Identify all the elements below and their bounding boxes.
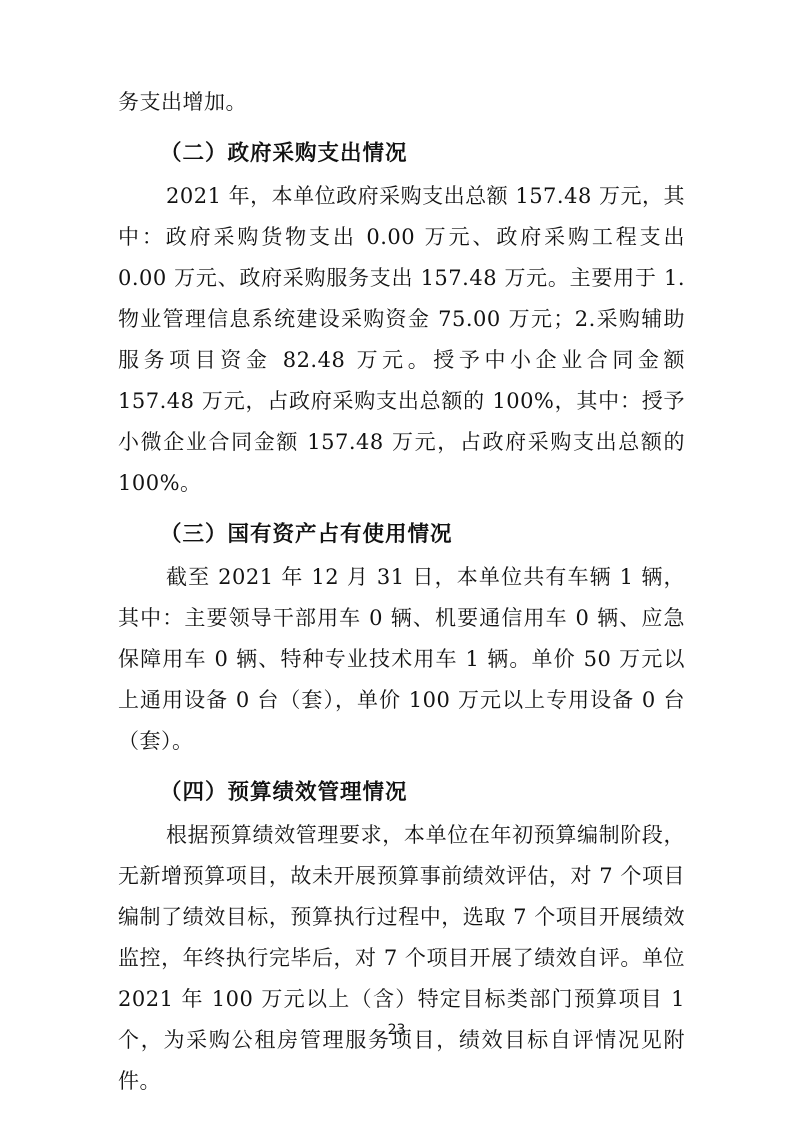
section-body-state-assets: 截至 2021 年 12 月 31 日，本单位共有车辆 1 辆，其中：主要领导干… xyxy=(118,557,685,762)
page-number: 23 xyxy=(0,1020,793,1040)
section-body-budget-performance: 根据预算绩效管理要求，本单位在年初预算编制阶段，无新增预算项目，故未开展预算事前… xyxy=(118,815,685,1102)
paragraph-continuation: 务支出增加。 xyxy=(118,82,685,123)
section-body-gov-procurement: 2021 年，本单位政府采购支出总额 157.48 万元，其中：政府采购货物支出… xyxy=(118,176,685,504)
section-heading-state-assets: （三）国有资产占有使用情况 xyxy=(118,514,685,555)
section-gov-procurement: （二）政府采购支出情况 2021 年，本单位政府采购支出总额 157.48 万元… xyxy=(118,133,685,504)
section-heading-gov-procurement: （二）政府采购支出情况 xyxy=(118,133,685,174)
document-page: 务支出增加。 （二）政府采购支出情况 2021 年，本单位政府采购支出总额 15… xyxy=(0,0,793,1122)
section-state-assets: （三）国有资产占有使用情况 截至 2021 年 12 月 31 日，本单位共有车… xyxy=(118,514,685,762)
section-heading-budget-performance: （四）预算绩效管理情况 xyxy=(118,772,685,813)
section-budget-performance: （四）预算绩效管理情况 根据预算绩效管理要求，本单位在年初预算编制阶段，无新增预… xyxy=(118,772,685,1102)
